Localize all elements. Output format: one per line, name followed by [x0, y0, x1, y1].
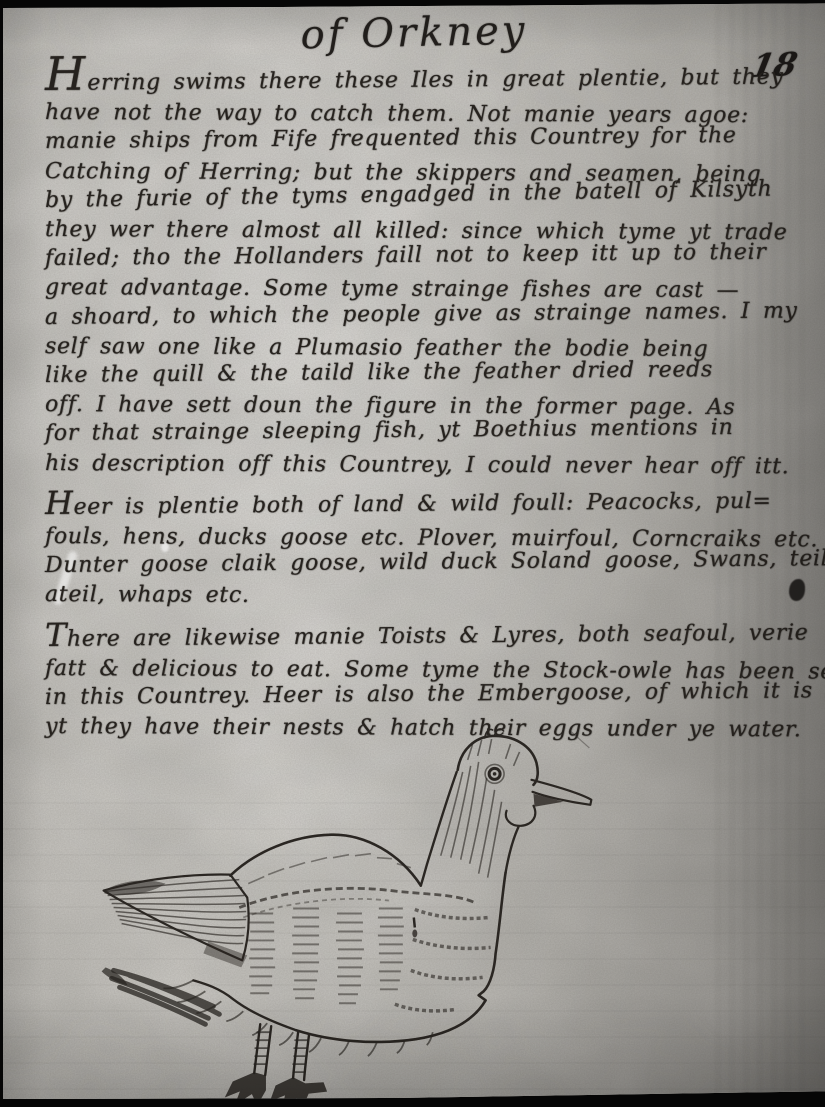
manuscript-line: Heer is plentie both of land & wild foul… [45, 484, 811, 522]
manuscript-line: his description off this Countrey, I cou… [45, 449, 811, 482]
manuscript-line: a shoard, to which the people give as st… [45, 296, 811, 332]
manuscript-line: manie ships from Fife frequented this Co… [45, 121, 811, 157]
manuscript-line: failed; tho the Hollanders faill not to … [45, 238, 811, 274]
embergoose-drawing [43, 728, 643, 1107]
manuscript-line: ateil, whaps etc. [45, 580, 811, 613]
manuscript-page: of Orkney 18 Herring swims there these I… [3, 2, 825, 1104]
manuscript-line: There are likewise manie Toists & Lyres,… [45, 616, 811, 654]
manuscript-line: for that strainge sleeping fish, yt Boet… [45, 413, 811, 449]
manuscript-line: in this Countrey. Heer is also the Ember… [45, 676, 811, 712]
manuscript-line: like the quill & the taild like the feat… [45, 354, 811, 390]
manuscript-line: Herring swims there these Iles in great … [45, 51, 811, 98]
manuscript-line: Dunter goose claik goose, wild duck Sola… [45, 545, 811, 581]
body-text: Herring swims there these Iles in great … [45, 58, 811, 754]
paragraph-seafowl: There are likewise manie Toists & Lyres,… [45, 623, 811, 742]
paragraph-herring: Herring swims there these Iles in great … [45, 58, 811, 478]
paragraph-fowl: Heer is plentie both of land & wild foul… [45, 491, 811, 610]
manuscript-photo: of Orkney 18 Herring swims there these I… [0, 0, 825, 1107]
